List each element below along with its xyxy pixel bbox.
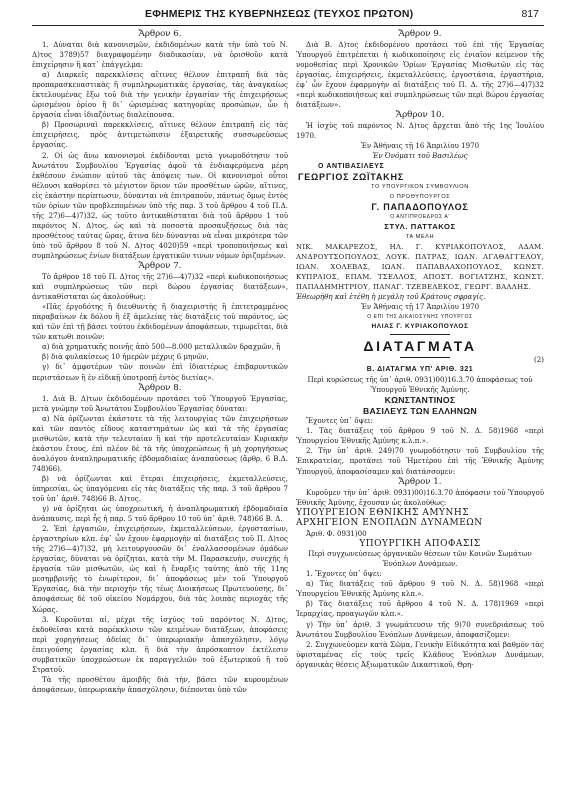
regent-title: Ο ΑΝΤΙΒΑΣΙΛΕΥΣ <box>296 162 544 172</box>
signing-date-1: Ἐν Ἀθήναις τῇ 16 Ἀπριλίου 1970 <box>296 141 544 151</box>
section-number: (2) <box>534 355 544 365</box>
article-7-heading: Ἄρθρον 7. <box>32 261 288 272</box>
king-title: ΒΑΣΙΛΕΥΣ ΤΩΝ ΕΛΛΗΝΩΝ <box>296 406 544 417</box>
article-7-item-a: α) διὰ χρηματικῆς ποινῆς ἀπὸ 500—8.000 μ… <box>32 342 288 352</box>
vice-president-name: ΣΤΥΛ. ΠΑΤΤΑΚΟΣ <box>296 222 544 232</box>
article-9-heading: Ἄρθρον 9. <box>296 29 544 40</box>
article-8-item-b: β) νὰ ὁρίζωνται καὶ ἕτεραι ἐπιχειρήσεις,… <box>32 474 288 504</box>
article-8-item-c: γ) νὰ ὁρίζηται ὡς ὑποχρεωτική, ἡ ἀναπληρ… <box>32 504 288 524</box>
members-title: ΤΑ ΜΕΛΗ <box>296 232 544 242</box>
prime-minister-title: Ο ΠΡΩΘΥΠΟΥΡΓΟΣ <box>296 192 544 202</box>
decision-item-2: 2. Συγχωνεύομεν κατὰ Σῶμα, Γενικὴν Εἰδικ… <box>296 640 544 670</box>
article-6-heading: Ἄρθρον 6. <box>32 29 288 40</box>
vice-president-title: Ο ΑΝΤΙΠΡΟΕΔΡΟΣ Α' <box>296 212 544 222</box>
having-seen-item-1: 1. Τὰς διατάξεις τοῦ ἄρθρου 9 τοῦ Ν. Δ. … <box>296 426 544 446</box>
regent-name: ΓΕΩΡΓΙΟΣ ΖΩΪΤΑΚΗΣ <box>296 172 544 182</box>
having-seen-item-2: 2. Τὴν ὑπ᾽ ἀριθ. 249)70 γνωμοδότησιν τοῦ… <box>296 446 544 476</box>
gazette-title: ΕΦΗΜΕΡΙΣ ΤΗΣ ΚΥΒΕΡΝΗΣΕΩΣ (ΤΕΥΧΟΣ ΠΡΩΤΟΝ) <box>145 8 413 20</box>
article-8-paragraph-4: Τὰ τῆς προσθέτου ἀμοιβῆς διὰ τὴν, βάσει … <box>32 675 288 695</box>
decision-title: ΥΠΟΥΡΓΙΚΗ ΑΠΟΦΑΣΙΣ <box>296 539 544 550</box>
decree-title: Β. ΔΙΑΤΑΓΜΑ ΥΠ' ΑΡΙΘ. 321 <box>296 365 544 375</box>
cabinet-label: ΤΟ ΥΠΟΥΡΓΙΚΟΝ ΣΥΜΒΟΥΛΙΟΝ <box>296 182 544 192</box>
article-7-item-b: β) διὰ φυλακίσεως 10 ἡμερῶν μέχρις 6 μην… <box>32 352 288 362</box>
section-title: ΔΙΑΤΑΓΜΑΤΑ <box>296 337 544 355</box>
article-8-paragraph-3: 3. Κυροῦνται αἱ, μέχρι τῆς ἰσχύος τοῦ πα… <box>32 615 288 675</box>
page-number: 817 <box>521 8 539 20</box>
article-10-paragraph: Ἡ ἰσχὺς τοῦ παρόντος Ν. Δ)τος ἄρχεται ἀπ… <box>296 121 544 141</box>
ministry-name: ΥΠΟΥΡΓΕΙΟΝ ΕΘΝΙΚΗΣ ΑΜΥΝΗΣ <box>296 508 544 519</box>
right-column: Ἄρθρον 9. Διὰ Β. Δ)τος ἐκδιδομένου προτά… <box>296 29 544 670</box>
left-column: Ἄρθρον 6. 1. Δύναται διὰ κανονισμῶν, ἐκδ… <box>32 29 288 695</box>
article-6-item-b: β) Προσωριναὶ παρεκκλίσεις, αἵτινες θέλο… <box>32 120 288 150</box>
decision-subject: Περὶ συγχωνεύσεως ὀργανικῶν θέσεων τῶν Κ… <box>296 549 544 569</box>
article-7-quote: «Πᾶς ἐργοδότης ἢ διευθυντὴς ἢ διαχειριστ… <box>32 302 288 342</box>
decision-item-1a: α) Τὰς διατάξεις τοῦ ἄρθρου 9 τοῦ Ν. Δ. … <box>296 579 544 599</box>
justice-minister-name: ΗΛΙΑΣ Γ. ΚΥΡΙΑΚΟΠΟΥΛΟΣ <box>296 322 544 332</box>
reference-number: Ἀριθ. Φ. 0931)00 <box>296 529 544 539</box>
page-header: ΕΦΗΜΕΡΙΣ ΤΗΣ ΚΥΒΕΡΝΗΣΕΩΣ (ΤΕΥΧΟΣ ΠΡΩΤΟΝ)… <box>0 8 573 22</box>
justice-minister-title: Ο ΕΠΙ ΤΗΣ ΔΙΚΑΙΟΣΥΝΗΣ ΥΠΟΥΡΓΟΣ <box>296 312 544 322</box>
article-9-paragraph: Διὰ Β. Δ)τος ἐκδιδομένου προτάσει τοῦ ἐπ… <box>296 40 544 110</box>
in-name-of-king: Ἐν Ὀνόματι τοῦ Βασιλέως <box>296 151 544 161</box>
signing-date-2: Ἐν Ἀθήναις τῇ 17 Ἀπριλίου 1970 <box>296 302 544 312</box>
decision-item-1: 1. Ἔχοντες ὑπ᾽ ὄψει: <box>296 569 544 579</box>
header-rule <box>32 25 544 26</box>
having-seen-heading: Ἔχοντες ὑπ᾽ ὄψει: <box>296 416 544 426</box>
decision-item-1b: β) Τὰς διατάξεις τοῦ ἄρθρου 4 τοῦ Ν. Δ. … <box>296 599 544 619</box>
prime-minister-name: Γ. ΠΑΠΑΔΟΠΟΥΛΟΣ <box>296 202 544 212</box>
gazette-page: ΕΦΗΜΕΡΙΣ ΤΗΣ ΚΥΒΕΡΝΗΣΕΩΣ (ΤΕΥΧΟΣ ΠΡΩΤΟΝ)… <box>0 0 573 793</box>
seal-note: Ἐθεωρήθη καὶ ἐτέθη ἡ μεγάλη τοῦ Κράτους … <box>296 292 544 302</box>
article-6-item-a: α) Διαρκεῖς παρεκκλίσεις αἵτινες θέλουν … <box>32 70 288 120</box>
article-1-heading: Ἄρθρον 1. <box>296 477 544 488</box>
article-8-item-a: α) Νὰ ὁρίζωνται ἑκάστοτε τὰ τῆς λειτουργ… <box>32 414 288 474</box>
decree-subject: Περὶ κυρώσεως τῆς ὑπ᾽ ἀριθ. 0931)00)16.3… <box>296 375 544 395</box>
cabinet-members: ΝΙΚ. ΜΑΚΑΡΕΖΟΣ, ΗΛ. Γ. ΚΥΡΙΑΚΟΠΟΥΛΟΣ, ΑΔ… <box>296 242 544 292</box>
article-6-paragraph-2: 2. Οἱ ὡς ἄνω κανονισμοὶ ἐκδίδονται μετὰ … <box>32 151 288 262</box>
article-7-item-c: γ) δι᾽ ἀμφοτέρων τῶν ποινῶν ἐπὶ ἰδιαιτέρ… <box>32 362 288 382</box>
article-1-paragraph: Κυροῦμεν τὴν ὑπ᾽ ἀριθ. 0931)00)16.3.70 ἀ… <box>296 488 544 508</box>
article-8-paragraph-1: 1. Διὰ Β. Δ)των ἐκδιδομένων προτάσει τοῦ… <box>32 394 288 414</box>
article-7-paragraph-1: Τὸ ἄρθρον 18 τοῦ Π. Δ)τος τῆς 27)6—4)7)3… <box>32 272 288 302</box>
article-10-heading: Ἄρθρον 10. <box>296 110 544 121</box>
divider <box>400 357 450 363</box>
article-8-paragraph-2: 2. Ἐπὶ ἐργασιῶν, ἐπιχειρήσεων, ἐκμεταλλε… <box>32 524 288 614</box>
article-6-paragraph-1: 1. Δύναται διὰ κανονισμῶν, ἐκδιδομένων κ… <box>32 40 288 70</box>
article-8-heading: Ἄρθρον 8. <box>32 383 288 394</box>
decision-item-1c: γ) Τὴν ὑπ᾽ ἀριθ. 3 γνωμάτευσιν τῆς 9)70 … <box>296 620 544 640</box>
king-name: ΚΩΝΣΤΑΝΤΙΝΟΣ <box>296 395 544 406</box>
headquarters-name: ΑΡΧΗΓΕΙΟΝ ΕΝΟΠΛΩΝ ΔΥΝΑΜΕΩΝ <box>296 518 544 529</box>
decree-number-row: (2) <box>296 355 544 365</box>
divider <box>390 334 450 335</box>
